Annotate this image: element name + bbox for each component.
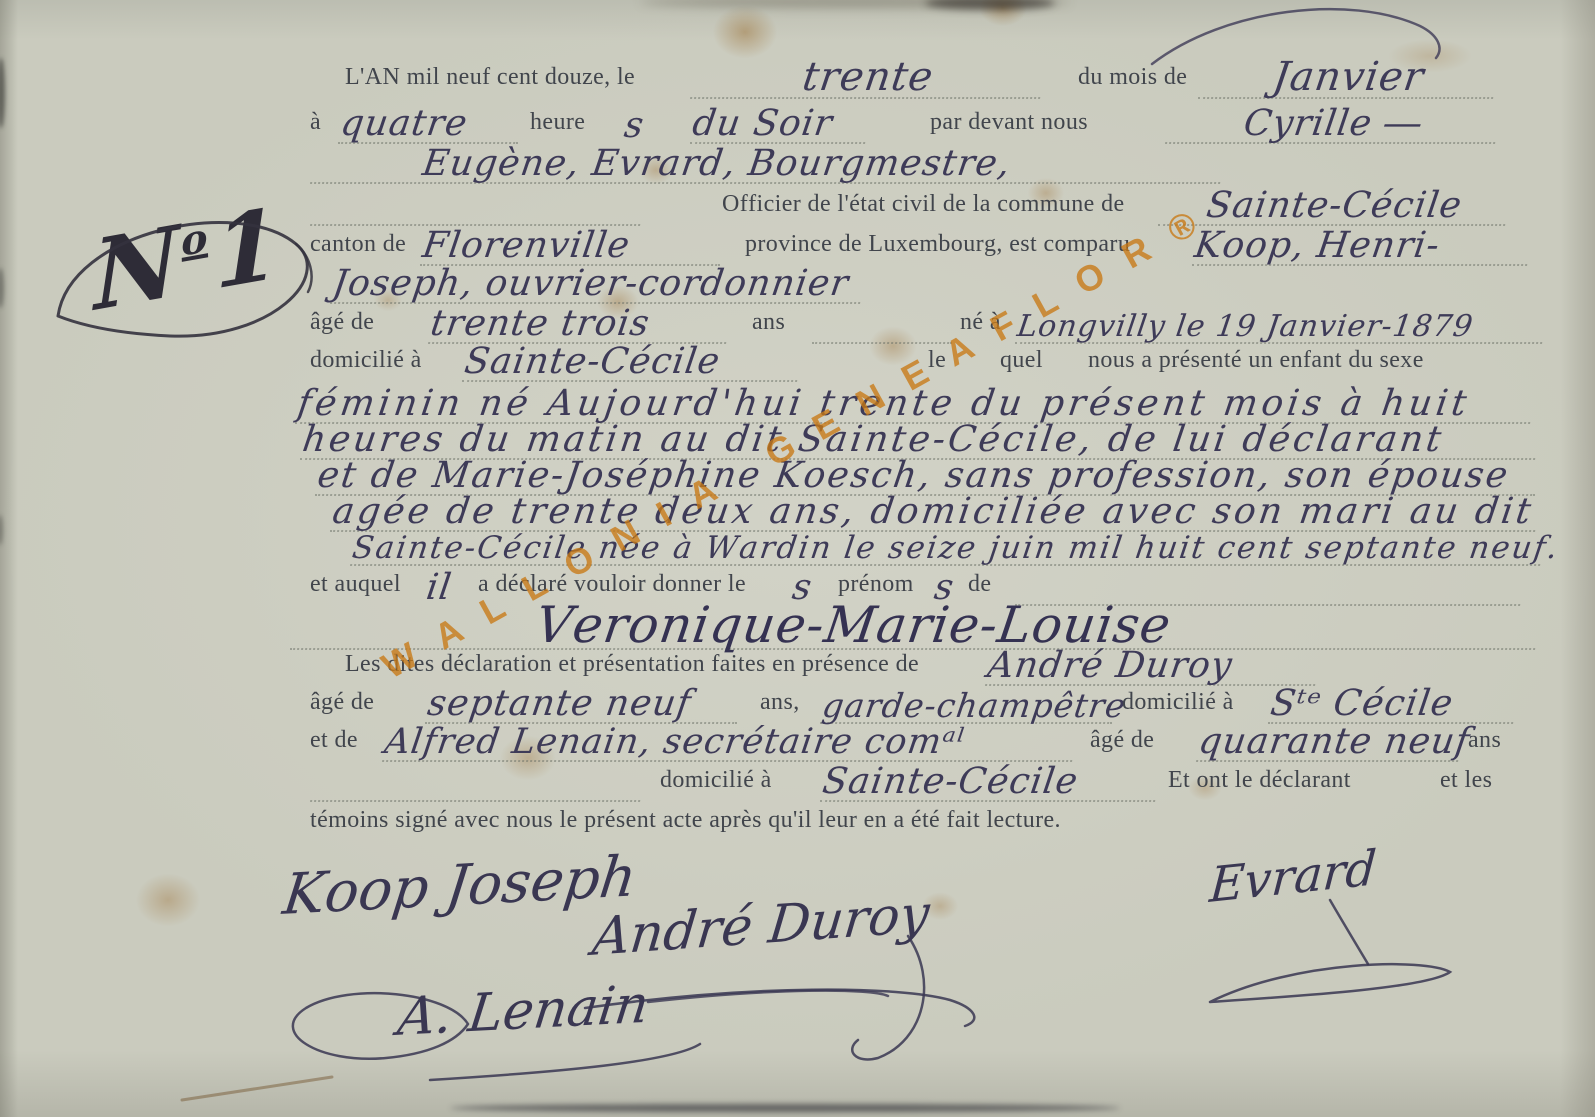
- printed-text: domicilié à: [660, 767, 772, 794]
- printed-text: heure: [530, 109, 585, 136]
- printed-text: ans,: [760, 689, 800, 716]
- civil-register-scan: No1 L'AN mil neuf cent douze, le trente …: [0, 0, 1595, 1117]
- printed-text: âgé de: [310, 689, 374, 716]
- signature-koop: Koop Joseph: [280, 849, 639, 924]
- printed-text: domicilié à: [1122, 689, 1234, 716]
- printed-text: Et ont le déclarant: [1168, 767, 1351, 794]
- printed-text: du mois de: [1078, 64, 1187, 91]
- page-bleed: [450, 1104, 1120, 1112]
- printed-text: âgé de: [1090, 727, 1154, 754]
- evrard-flourish: [1330, 900, 1368, 964]
- form-line: domicilié à Sainte-Cécile le quel nous a…: [0, 334, 1595, 380]
- form-line: témoins signé avec nous le présent acte …: [0, 794, 1595, 840]
- printed-text: canton de: [310, 231, 406, 258]
- printed-text: par devant nous: [930, 109, 1088, 136]
- pencil-mark: [182, 1077, 332, 1100]
- printed-text: âgé de: [310, 309, 374, 336]
- printed-text: province de Luxembourg, est comparu: [745, 231, 1130, 258]
- signature-lenain: A. Lenain: [395, 978, 652, 1044]
- printed-text: domicilié à: [310, 347, 422, 374]
- form-line: Eugène, Evrard, Bourgmestre,: [0, 136, 1595, 182]
- duroy-flourish: [852, 936, 924, 1059]
- evrard-flourish: [1210, 964, 1450, 1002]
- printed-text: témoins signé avec nous le présent acte …: [310, 807, 1061, 834]
- signature-duroy: André Duroy: [590, 888, 932, 964]
- lenain-flourish: [648, 991, 888, 1002]
- handwritten-entry: Janvier: [1198, 57, 1499, 99]
- form-line: L'AN mil neuf cent douze, le trente du m…: [0, 51, 1595, 97]
- handwritten-entry: trente: [690, 57, 1046, 99]
- printed-text: et de: [310, 727, 358, 754]
- lenain-flourish: [430, 1044, 700, 1080]
- printed-text: et les: [1440, 767, 1492, 794]
- printed-text: à: [310, 109, 321, 136]
- printed-text: Officier de l'état civil de la commune d…: [722, 191, 1125, 218]
- scan-smudge: [925, 0, 1055, 10]
- printed-text: ans: [1468, 727, 1501, 754]
- printed-text: nous a présenté un enfant du sexe: [1088, 347, 1424, 374]
- printed-text: ans: [752, 309, 785, 336]
- signature-evrard: Evrard: [1208, 844, 1378, 910]
- printed-text: L'AN mil neuf cent douze, le: [345, 64, 635, 91]
- printed-text: quel: [1000, 347, 1043, 374]
